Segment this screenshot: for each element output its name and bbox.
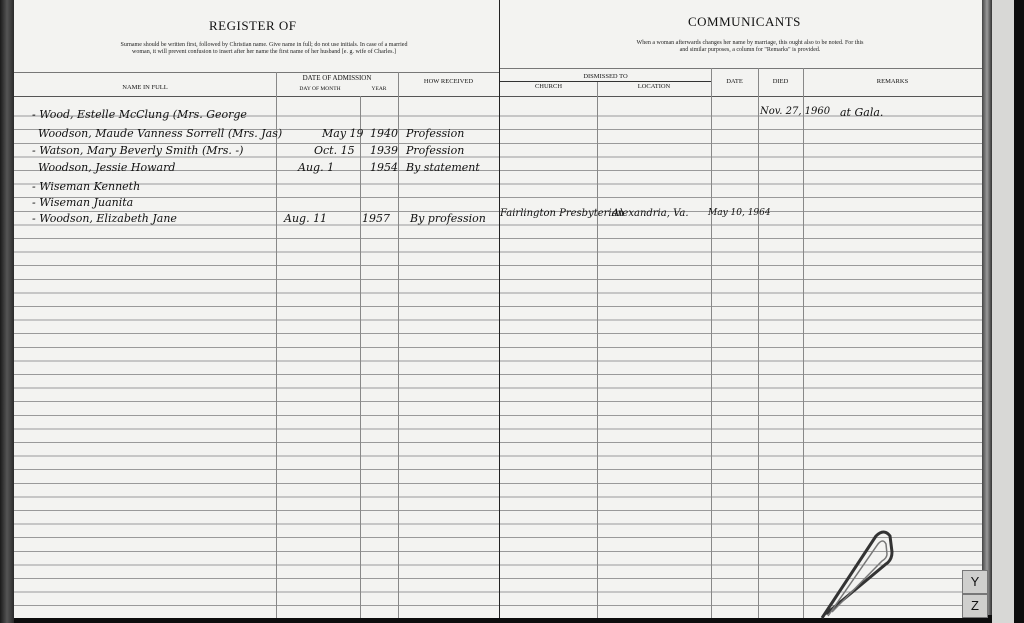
entry-year: 1957 <box>362 212 390 225</box>
header-location: LOCATION <box>597 83 711 90</box>
page-title-communicants: COMMUNICANTS <box>688 14 801 30</box>
entry-church: Fairlington Presbyterian <box>500 208 624 219</box>
header-died: DIED <box>758 78 803 85</box>
header-church: CHURCH <box>500 83 597 90</box>
paper-clip-icon <box>818 530 898 622</box>
dismissed-to-rule <box>500 81 711 82</box>
header-date: DATE <box>711 78 758 85</box>
header-date-of-admission: DATE OF ADMISSION <box>276 74 398 82</box>
entry-name: - Wiseman Juanita <box>32 196 133 209</box>
column-divider <box>758 68 759 618</box>
entry-how-received: Profession <box>406 144 464 157</box>
header-bottom-rule <box>14 96 499 97</box>
header-remarks: REMARKS <box>803 78 982 85</box>
entry-name: - Woodson, Elizabeth Jane <box>32 212 177 225</box>
entry-name: - Wood, Estelle McClung (Mrs. George <box>32 108 247 121</box>
header-top-rule <box>14 72 499 73</box>
entry-name: Woodson, Jessie Howard <box>38 161 175 174</box>
entry-day: May 19 <box>322 127 364 140</box>
column-divider <box>360 96 361 618</box>
header-top-rule <box>500 68 982 69</box>
book-edge <box>992 0 1014 623</box>
entry-died: Nov. 27, 1960 <box>760 106 830 117</box>
header-day-of-month: DAY OF MONTH <box>280 86 360 92</box>
entry-year: 1940 <box>370 127 398 140</box>
index-tab-z[interactable]: Z <box>962 594 988 618</box>
header-year: YEAR <box>360 86 398 92</box>
page-edge-shadow <box>982 0 992 615</box>
instructions-line-2: woman, it will prevent confusion to inse… <box>54 49 474 56</box>
column-divider <box>711 68 712 618</box>
index-tab-y[interactable]: Y <box>962 570 988 594</box>
entry-date: May 10, 1964 <box>708 208 771 218</box>
left-instructions: Surname should be written first, followe… <box>54 42 474 56</box>
entry-name: Woodson, Maude Vanness Sorrell (Mrs. Jas… <box>38 127 282 140</box>
instructions-line-2: and similar purposes, a column for "Rema… <box>560 47 940 54</box>
instructions-line-1: Surname should be written first, followe… <box>54 42 474 49</box>
header-how-received: HOW RECEIVED <box>398 78 499 85</box>
header-bottom-rule <box>500 96 982 97</box>
entry-day: Aug. 11 <box>284 212 327 225</box>
entry-name: - Wiseman Kenneth <box>32 180 140 193</box>
column-divider <box>276 72 277 618</box>
entry-year: 1954 <box>370 161 398 174</box>
column-divider <box>597 82 598 618</box>
header-dismissed-to: DISMISSED TO <box>500 73 711 80</box>
entry-location: Alexandria, Va. <box>612 208 689 219</box>
page-title-register-of: REGISTER OF <box>209 18 296 34</box>
entry-name: - Watson, Mary Beverly Smith (Mrs. -) <box>32 144 243 157</box>
right-instructions: When a woman afterwards changes her name… <box>560 40 940 54</box>
left-page: REGISTER OF Surname should be written fi… <box>14 0 501 618</box>
right-page: COMMUNICANTS When a woman afterwards cha… <box>500 0 982 618</box>
column-divider <box>398 72 399 618</box>
header-name-in-full: NAME IN FULL <box>14 84 276 91</box>
entry-remarks: at Gala. <box>840 106 883 119</box>
entry-day: Oct. 15 <box>314 144 355 157</box>
column-divider <box>803 68 804 618</box>
entry-how-received: By profession <box>410 212 486 225</box>
instructions-line-1: When a woman afterwards changes her name… <box>560 40 940 47</box>
entry-day: Aug. 1 <box>298 161 334 174</box>
entry-how-received: By statement <box>406 161 480 174</box>
entry-how-received: Profession <box>406 127 464 140</box>
entry-year: 1939 <box>370 144 398 157</box>
book-binding-left <box>0 0 14 623</box>
